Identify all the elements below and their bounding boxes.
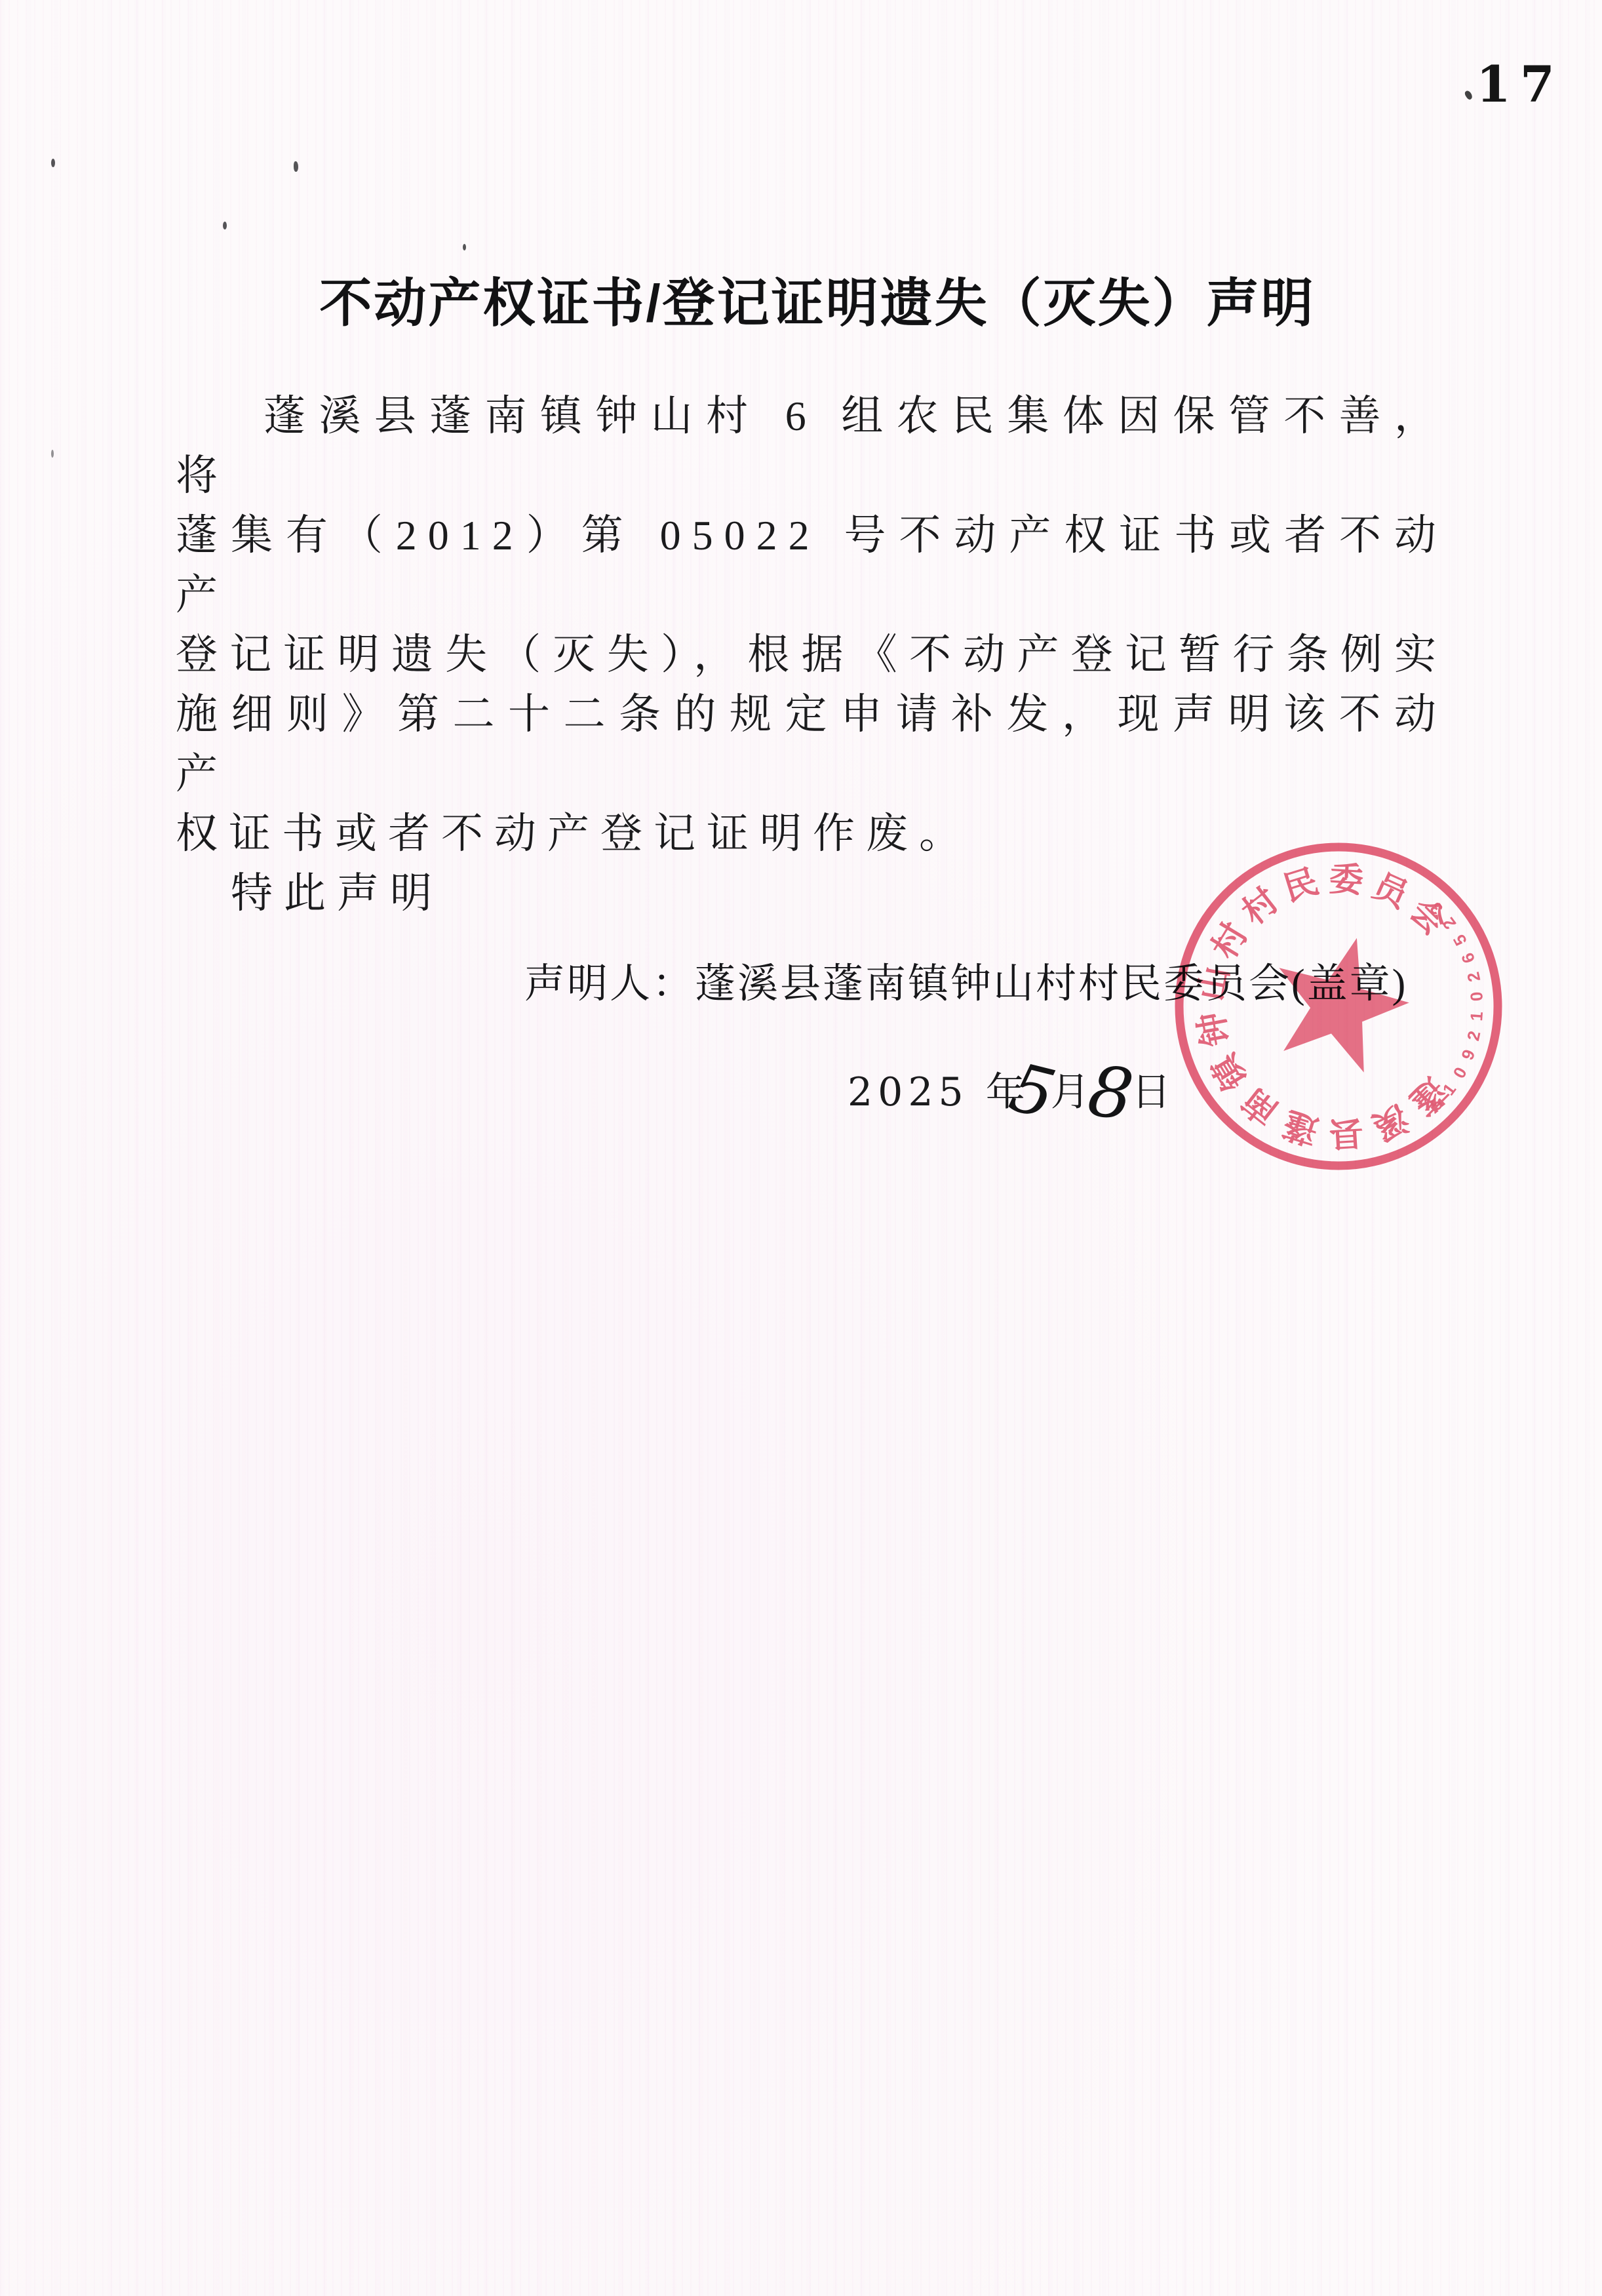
scan-speck	[223, 222, 227, 229]
svg-text:山: 山	[1192, 963, 1236, 1004]
page-number: 17	[1476, 55, 1564, 113]
svg-text:1: 1	[1466, 1011, 1487, 1022]
svg-text:员: 员	[1367, 867, 1416, 917]
svg-text:钟: 钟	[1192, 1009, 1236, 1050]
date-year: 2025	[848, 1069, 969, 1115]
svg-text:2: 2	[1463, 1029, 1484, 1043]
svg-text:县: 县	[1328, 1113, 1364, 1153]
body-line: 蓬集有（2012）第 05022 号不动产权证书或者不动产	[176, 505, 1447, 625]
document-page: 17 不动产权证书/登记证明遗失（灭失）声明 蓬溪县蓬南镇钟山村 6 组农民集体…	[0, 0, 1602, 2296]
official-seal: 蓬溪县蓬南镇钟山村村民委员会 510921026523	[1162, 829, 1515, 1183]
svg-text:南: 南	[1236, 1080, 1286, 1132]
svg-text:镇: 镇	[1204, 1046, 1255, 1096]
body-line: 登记证明遗失（灭失），根据《不动产登记暂行条例实	[176, 625, 1447, 684]
scan-speck	[51, 450, 54, 458]
svg-text:9: 9	[1457, 1047, 1479, 1063]
document-title: 不动产权证书/登记证明遗失（灭失）声明	[33, 261, 1602, 336]
svg-text:会: 会	[1403, 892, 1454, 943]
date-month-handwritten: 5	[1011, 1086, 1054, 1097]
scan-speck	[51, 159, 55, 167]
svg-text:5: 5	[1449, 931, 1471, 949]
svg-text:村: 村	[1205, 917, 1256, 966]
scan-mark	[1464, 90, 1474, 101]
svg-text:0: 0	[1449, 1064, 1471, 1082]
svg-text:6: 6	[1457, 950, 1479, 966]
date-line: 2025年5月8日	[848, 1061, 1172, 1117]
svg-text:蓬: 蓬	[1403, 1071, 1454, 1122]
scan-speck	[294, 161, 298, 172]
svg-text:0: 0	[1466, 991, 1487, 1002]
seal-svg: 蓬溪县蓬南镇钟山村村民委员会 510921026523	[1162, 829, 1515, 1183]
svg-text:2: 2	[1463, 970, 1484, 984]
seal-star	[1279, 938, 1409, 1073]
svg-text:委: 委	[1328, 860, 1364, 900]
date-day-handwritten: 8	[1089, 1091, 1134, 1096]
svg-text:民: 民	[1279, 862, 1323, 909]
body-line: 蓬溪县蓬南镇钟山村 6 组农民集体因保管不善，将	[176, 386, 1447, 505]
signature-label: 声明人：	[524, 962, 695, 1006]
svg-text:溪: 溪	[1367, 1098, 1414, 1146]
scan-speck	[463, 244, 466, 250]
svg-text:村: 村	[1236, 881, 1286, 932]
svg-text:蓬: 蓬	[1279, 1104, 1323, 1151]
body-line: 施细则》第二十二条的规定申请补发，现声明该不动产	[176, 684, 1447, 804]
